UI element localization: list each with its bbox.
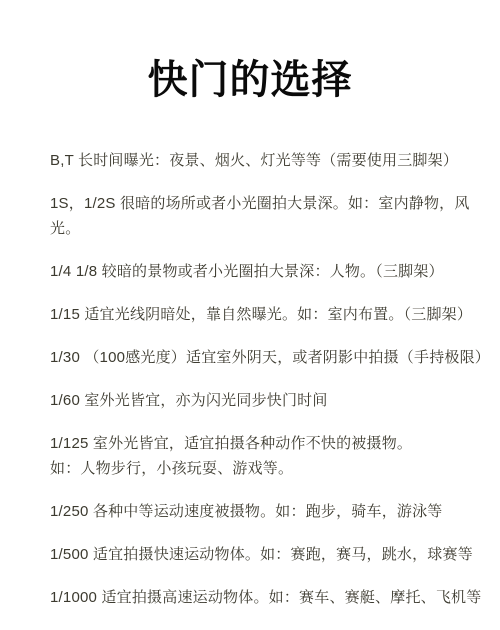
shutter-entry-1-4: 1/4 1/8 较暗的景物或者小光圈拍大景深：人物。（三脚架） <box>50 259 488 284</box>
shutter-entry-1-250: 1/250 各种中等运动速度被摄物。如：跑步，骑车，游泳等 <box>50 499 488 524</box>
entry-line: 如：人物步行，小孩玩耍、游戏等。 <box>50 460 293 477</box>
shutter-entry-1-30: 1/30 （100感光度）适宜室外阴天，或者阴影中拍摄（手持极限） <box>50 345 488 370</box>
entry-line: 1/15 适宜光线阴暗处，靠自然曝光。如：室内布置。（三脚架） <box>50 306 472 323</box>
entry-line: 1/4 1/8 较暗的景物或者小光圈拍大景深：人物。（三脚架） <box>50 263 444 280</box>
entry-line: 1/250 各种中等运动速度被摄物。如：跑步，骑车，游泳等 <box>50 503 443 520</box>
entry-line: 1S，1/2S 很暗的场所或者小光圈拍大景深。如：室内静物，风光。 <box>50 195 470 237</box>
shutter-entry-1-500: 1/500 适宜拍摄快速运动物体。如：赛跑，赛马，跳水，球赛等 <box>50 542 488 567</box>
shutter-entry-1-125: 1/125 室外光皆宜，适宜拍摄各种动作不快的被摄物。 如：人物步行，小孩玩耍、… <box>50 431 488 481</box>
shutter-entry-bt: B,T 长时间曝光：夜景、烟火、灯光等等（需要使用三脚架） <box>50 148 488 173</box>
entry-line: 1/125 室外光皆宜，适宜拍摄各种动作不快的被摄物。 <box>50 435 412 452</box>
shutter-entry-1-15: 1/15 适宜光线阴暗处，靠自然曝光。如：室内布置。（三脚架） <box>50 302 488 327</box>
shutter-entry-1-60: 1/60 室外光皆宜，亦为闪光同步快门时间 <box>50 388 488 413</box>
entry-line: 1/500 适宜拍摄快速运动物体。如：赛跑，赛马，跳水，球赛等 <box>50 546 473 563</box>
entry-line: 1/30 （100感光度）适宜室外阴天，或者阴影中拍摄（手持极限） <box>50 349 490 366</box>
shutter-guide-page: 快门的选择 B,T 长时间曝光：夜景、烟火、灯光等等（需要使用三脚架） 1S，1… <box>0 0 500 630</box>
entry-line: 1/60 室外光皆宜，亦为闪光同步快门时间 <box>50 392 328 409</box>
entry-line: 1/1000 适宜拍摄高速运动物体。如：赛车、赛艇、摩托、飞机等 <box>50 589 481 606</box>
shutter-entry-1-1000: 1/1000 适宜拍摄高速运动物体。如：赛车、赛艇、摩托、飞机等 <box>50 585 488 610</box>
entry-line: B,T 长时间曝光：夜景、烟火、灯光等等（需要使用三脚架） <box>50 152 458 169</box>
page-title: 快门的选择 <box>0 56 500 104</box>
shutter-entry-1s: 1S，1/2S 很暗的场所或者小光圈拍大景深。如：室内静物，风光。 <box>50 191 488 241</box>
